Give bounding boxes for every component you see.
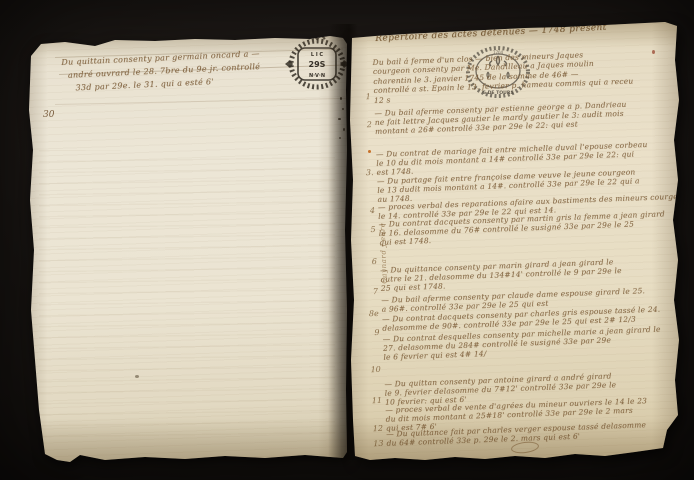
entry-margin-number: 12 [367,424,383,434]
entry-margin-number: 5 [360,225,376,235]
left-page-showthrough [39,150,335,442]
ink-speck [135,375,139,378]
left-page: 30 Du quittain consenty par germain onca… [25,30,347,462]
entry-margin-number: 9 [363,328,379,338]
left-page-paper: 30 Du quittain consenty par germain onca… [25,30,347,462]
entry-margin-number: 6 [361,257,377,267]
entry-margin-number: 3. [357,168,373,178]
entry-margin-number: 4 [359,206,375,216]
stamp-text-row3: N·V·N [309,73,325,79]
orange-speck [368,150,371,153]
entry-margin-number: 2 [356,120,372,130]
entry-margin-number: 8e [363,309,379,319]
entry-margin-number: 10 [365,365,381,375]
stamp-text-row2: 29S [309,60,326,69]
entry-margin-number: 13 [367,439,383,449]
repertoire-entry: Du bail á ferme d'un clos — bien des min… [372,47,668,105]
entry-margin-number: 7 [362,287,378,297]
left-margin-number: 30 [43,110,54,120]
entry-margin-number: 1 [355,92,371,102]
right-page-paper: Repertoire des actes detenües — 1748 pré… [345,20,682,462]
right-page-text: Caynard j eure 1 2 3. 4 5 6 7 8e 9 10 11… [371,9,673,20]
right-page: Repertoire des actes detenües — 1748 pré… [345,20,682,462]
stamp-text-row1: L I C [311,52,324,58]
page-title: Repertoire des actes detenües — 1748 pré… [375,20,665,44]
repertoire-entry: — Du bail aferme consenty par estienne g… [374,99,669,136]
manuscript-photo: 30 Du quittain consenty par germain onca… [0,0,694,480]
entry-margin-number: 11 [366,396,382,406]
